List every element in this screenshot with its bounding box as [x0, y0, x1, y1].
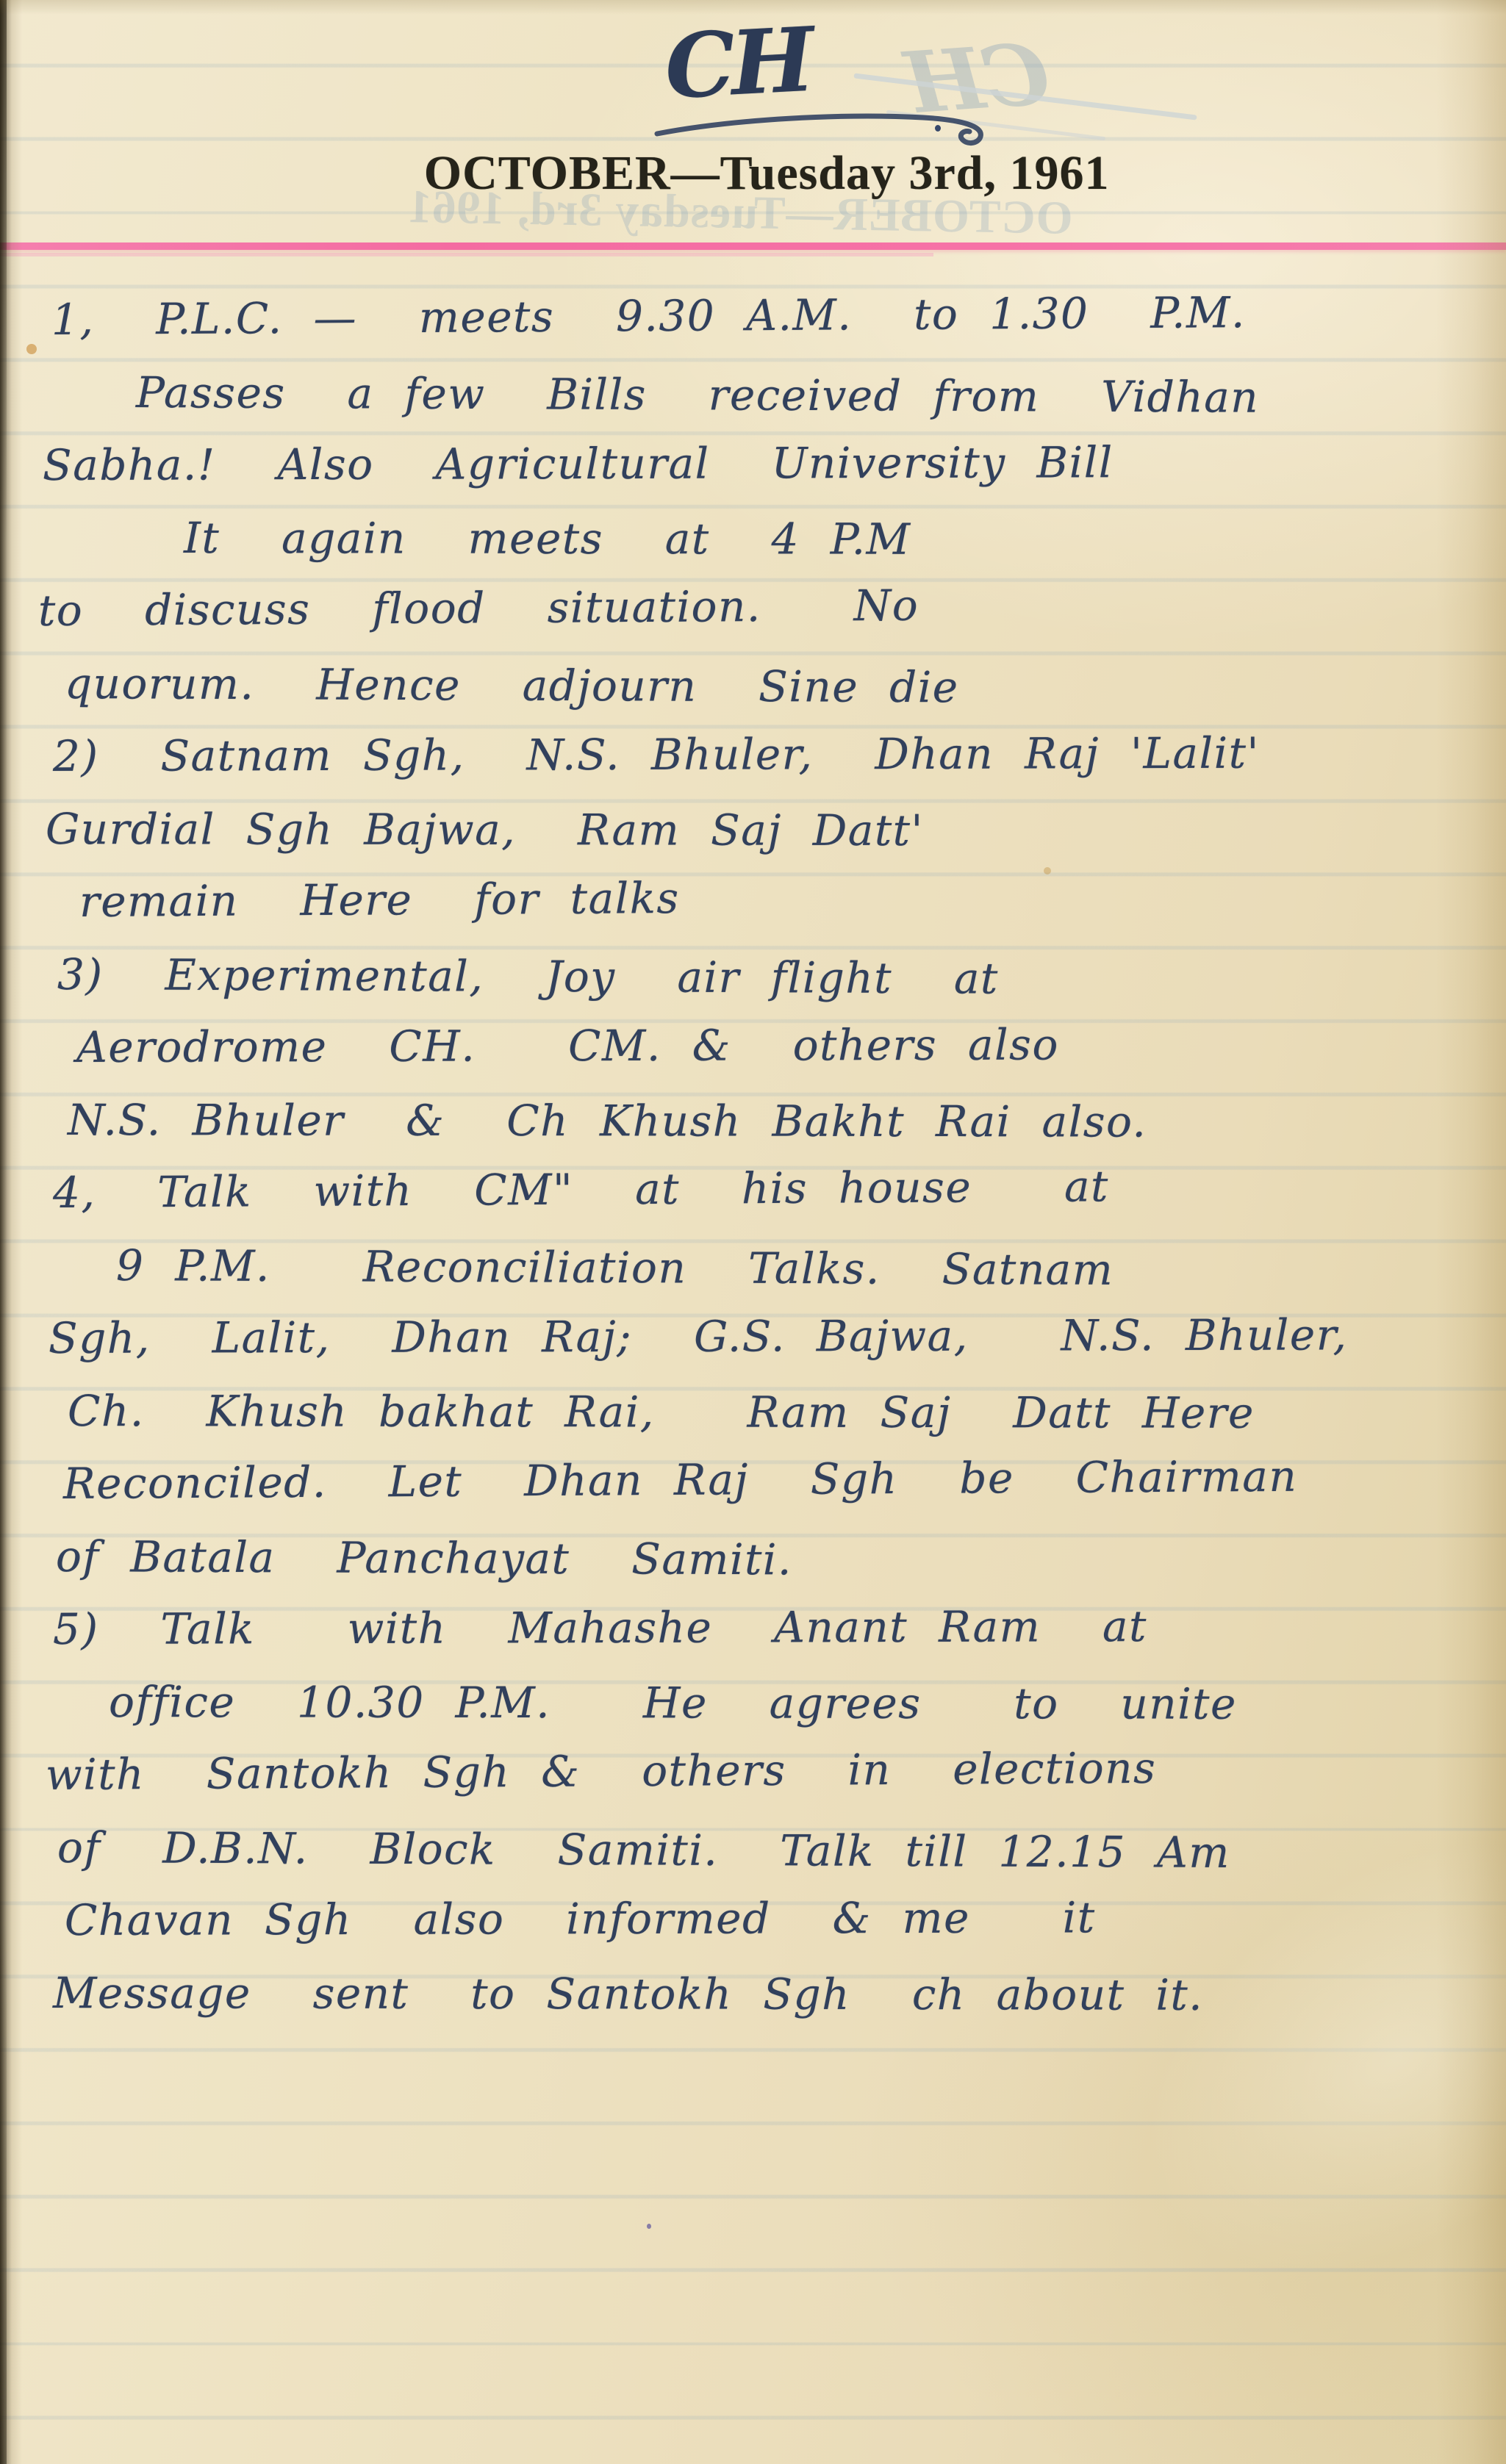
handwritten-line: 9 P.M. Reconciliation Talks. Satnam	[116, 1229, 1485, 1308]
handwritten-line: Sabha.! Also Agricultural University Bil…	[43, 425, 1485, 502]
handwritten-line: 3) Experimental, Joy air flight at	[57, 938, 1485, 1017]
diary-entries: 1, P.L.C. — meets 9.30 A.M. to 1.30 P.M.…	[0, 284, 1485, 2030]
handwritten-line: office 10.30 P.M. He agrees to unite	[109, 1666, 1485, 1741]
handwritten-line: of D.B.N. Block Samiti. Talk till 12.15 …	[57, 1811, 1485, 1890]
handwritten-line: remain Here for talks	[79, 857, 1486, 938]
ink-speck	[647, 2224, 651, 2229]
handwritten-line: Sgh, Lalit, Dhan Raj; G.S. Bajwa, N.S. B…	[49, 1299, 1485, 1375]
handwritten-line: 5) Talk with Mahashe Anant Ram at	[53, 1590, 1485, 1666]
handwritten-line: 2) Satnam Sgh, N.S. Bhuler, Dhan Raj 'La…	[53, 716, 1485, 793]
ink-dot	[935, 125, 941, 132]
handwritten-line: Message sent to Santokh Sgh ch about it.	[53, 1957, 1485, 2032]
handwritten-line: quorum. Hence adjourn Sine die	[65, 647, 1485, 726]
pink-rule-echo	[0, 253, 933, 256]
handwritten-line: N.S. Bhuler & Ch Khush Bakht Rai also.	[68, 1084, 1485, 1159]
handwritten-line: It again meets at 4 P.M	[184, 502, 1485, 577]
pink-rule	[0, 243, 1506, 250]
handwritten-line: Aerodrome CH. CM. & others also	[76, 1007, 1485, 1084]
handwritten-line: 4, Talk with CM" at his house at	[53, 1148, 1486, 1229]
handwritten-line: Gurdial Sgh Bajwa, Ram Saj Datt'	[46, 793, 1485, 868]
handwritten-line: with Santokh Sgh & others in elections	[46, 1730, 1486, 1811]
handwritten-line: Passes a few Bills received from Vidhan	[136, 356, 1485, 435]
handwritten-line: of Batala Panchayat Samiti.	[56, 1520, 1485, 1599]
page-edge-right	[1436, 0, 1506, 2464]
page-edge-top	[0, 0, 1506, 15]
handwritten-line: to discuss flood situation. No	[38, 566, 1486, 647]
paper-stain	[26, 344, 37, 354]
handwritten-line: 1, P.L.C. — meets 9.30 A.M. to 1.30 P.M.	[51, 275, 1486, 356]
handwritten-line: Chavan Sgh also informed & me it	[65, 1881, 1485, 1957]
handwritten-line: Reconciled. Let Dhan Raj Sgh be Chairman	[63, 1439, 1486, 1520]
monogram-underline-stroke	[653, 107, 1020, 151]
diary-page: CH CH OCTOBER—Tuesday 3rd, 1961 OCTOBER—…	[0, 0, 1506, 2464]
paper-stain	[1044, 867, 1051, 874]
handwritten-monogram: CH	[662, 8, 812, 119]
handwritten-line: Ch. Khush bakhat Rai, Ram Saj Datt Here	[68, 1375, 1485, 1450]
printed-date-header: OCTOBER—Tuesday 3rd, 1961	[424, 146, 1110, 201]
binding-edge-shade	[0, 0, 7, 2464]
